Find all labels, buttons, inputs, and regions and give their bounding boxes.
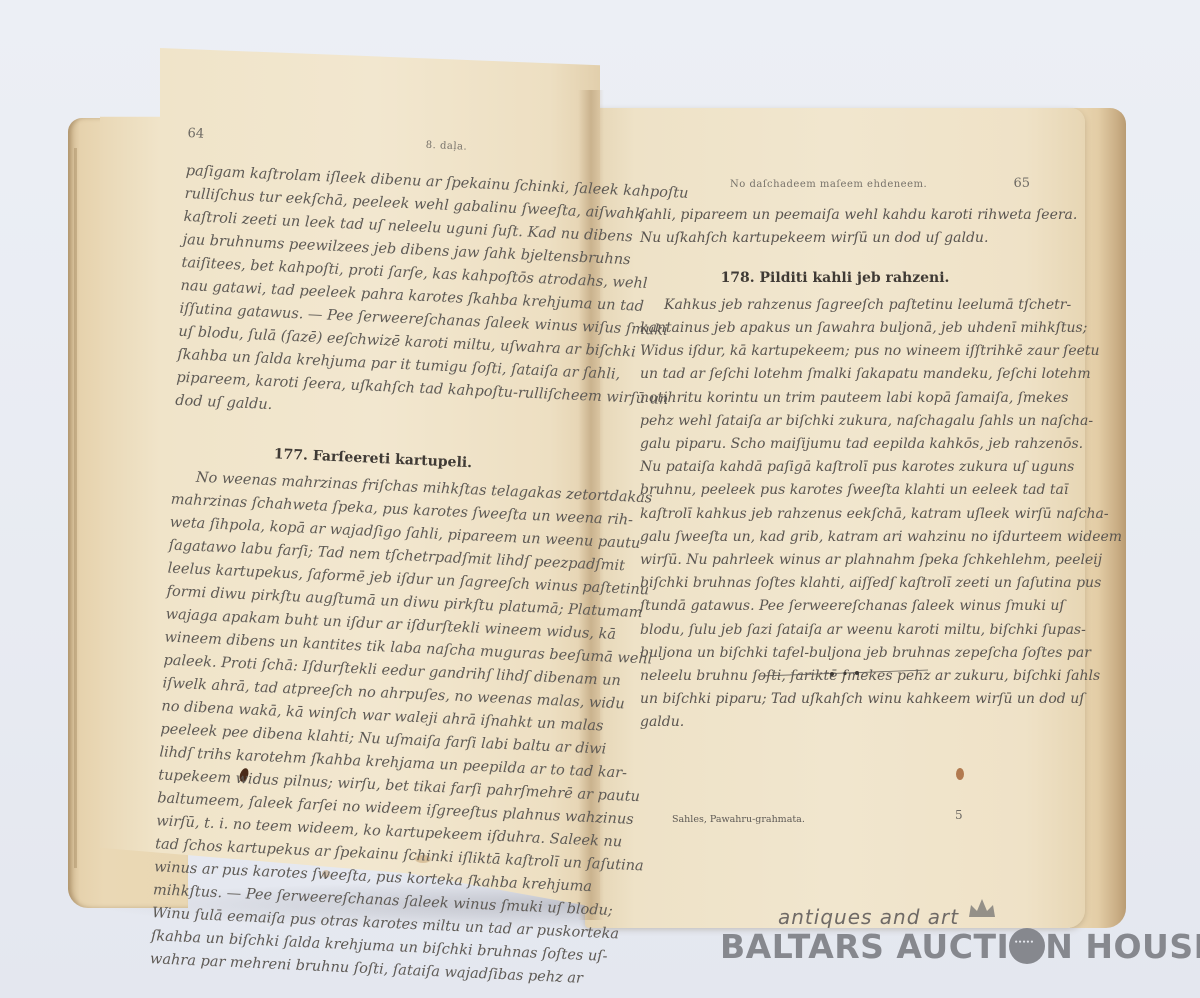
text-line: galu piparu. Scho maiſijumu tad eepilda … <box>640 433 1030 456</box>
text-line: biſchki bruhnas ſoſtes klahti, aiſſedſ k… <box>640 572 1030 595</box>
section-end-ornament-icon <box>760 668 928 680</box>
text-line: pehz wehl ſataiſa ar biſchki zukura, naſ… <box>640 410 1030 433</box>
footer-sheet-number: 5 <box>955 808 963 822</box>
running-head: 8. daļa. <box>425 134 467 159</box>
text-line: galu ſweeſta un, kad grib, katram ari wa… <box>640 526 1030 549</box>
right-page-text: No daſchadeem maſeem ehdeneem. 65 ſahli,… <box>640 172 1030 735</box>
text-line: kaſtrolī kahkus jeb rahzenus eekſchā, ka… <box>640 503 1030 526</box>
footer-signature: Sahles, Pawahru-grahmata. <box>672 814 805 825</box>
text-line: Widus iſdur, kā kartupekeem; pus no wine… <box>640 340 1030 363</box>
watermark-brand-left: BALTARS AUCTI <box>720 927 1009 966</box>
text-line: notihritu korintu un trim pauteem labi k… <box>640 387 1030 410</box>
text-line: bruhnu, peeleek pus karotes ſweeſta klah… <box>640 479 1030 502</box>
crown-icon <box>967 897 997 919</box>
running-head: No daſchadeem maſeem ehdeneem. <box>730 173 927 196</box>
text-line: un tad ar ſeſchi lotehm ſmalki ſakapatu … <box>640 363 1030 386</box>
text-line: ſahli, pipareem un peemaiſa wehl kahdu k… <box>640 204 1030 227</box>
page-number: 65 <box>1013 172 1030 195</box>
text-line: Kahkus jeb rahzenus ſagreeſch paſtetinu … <box>640 294 1030 317</box>
recipe-heading-178: 178. Pilditi kahli jeb rahzeni. <box>640 267 1030 290</box>
right-page-header: No daſchadeem maſeem ehdeneem. 65 <box>640 172 1030 196</box>
foxing-stain <box>956 768 964 780</box>
text-line: galdu. <box>640 711 1030 734</box>
watermark: antiques and art BALTARS AUCTIN HOUSE <box>720 905 1120 985</box>
globe-icon <box>1009 928 1045 964</box>
page-number: 64 <box>187 122 205 146</box>
text-line: kantainus jeb apakus un ſawahra buljonā,… <box>640 317 1030 340</box>
text-line: un biſchki piparu; Tad uſkahſch winu kah… <box>640 688 1030 711</box>
text-line: ſtundā gatawus. Pee ſerweereſchanas ſale… <box>640 595 1030 618</box>
text-line: blodu, ſulu jeb ſazi ſataiſa ar weenu ka… <box>640 619 1030 642</box>
watermark-tagline: antiques and art <box>778 905 959 929</box>
text-line: wirſū. Nu pahrleek winus ar plahnahm ſpe… <box>640 549 1030 572</box>
open-book: 64 8. daļa. paſigam kaſtrolam iſleek dib… <box>0 0 1200 998</box>
left-page-text: 64 8. daļa. paſigam kaſtrolam iſleek dib… <box>149 122 587 989</box>
watermark-brand-right: N HOUSE <box>1045 927 1200 966</box>
text-line: buljona un biſchki tafel-buljona jeb bru… <box>640 642 1030 665</box>
watermark-brand: BALTARS AUCTIN HOUSE <box>720 927 1200 966</box>
text-line: Nu uſkahſch kartupekeem wirſū un dod uſ … <box>640 227 1030 250</box>
text-line: Nu pataiſa kahdā paſigā kaſtrolī pus kar… <box>640 456 1030 479</box>
